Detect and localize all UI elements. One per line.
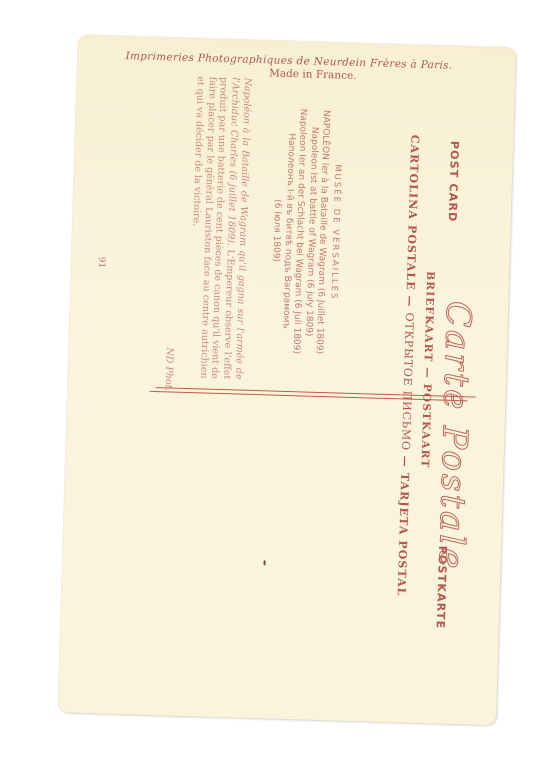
cartolina-line: CARTOLINA POSTALE — ОТКРЫТОЕ ПИСЬМО — TA… (395, 134, 422, 596)
description-block: Napoléon à la Bataille de Wagram qu'il g… (185, 76, 253, 380)
ink-spot (263, 560, 265, 565)
carte-postale-title: Carte Postale (430, 300, 478, 572)
postcard-back: POST CARD POSTKARTE Carte Postale BRIEFK… (58, 35, 516, 726)
margin-number: 91 (96, 257, 106, 269)
photo-credit: ND Phot. (162, 347, 175, 391)
postcard-content: POST CARD POSTKARTE Carte Postale BRIEFK… (58, 35, 516, 726)
caption-block: MUSÉE DE VERSAILLES NAPOLÉON Ier à la Ba… (266, 81, 345, 383)
cartolina-latin: CARTOLINA POSTALE — (403, 134, 421, 307)
cartolina-end: — TARJETA POSTAL (395, 456, 412, 597)
post-card-label: POST CARD (446, 141, 461, 223)
cartolina-cyrillic: ОТКРЫТОЕ ПИСЬМО (399, 312, 416, 451)
made-in-france: Made in France. (269, 67, 357, 82)
